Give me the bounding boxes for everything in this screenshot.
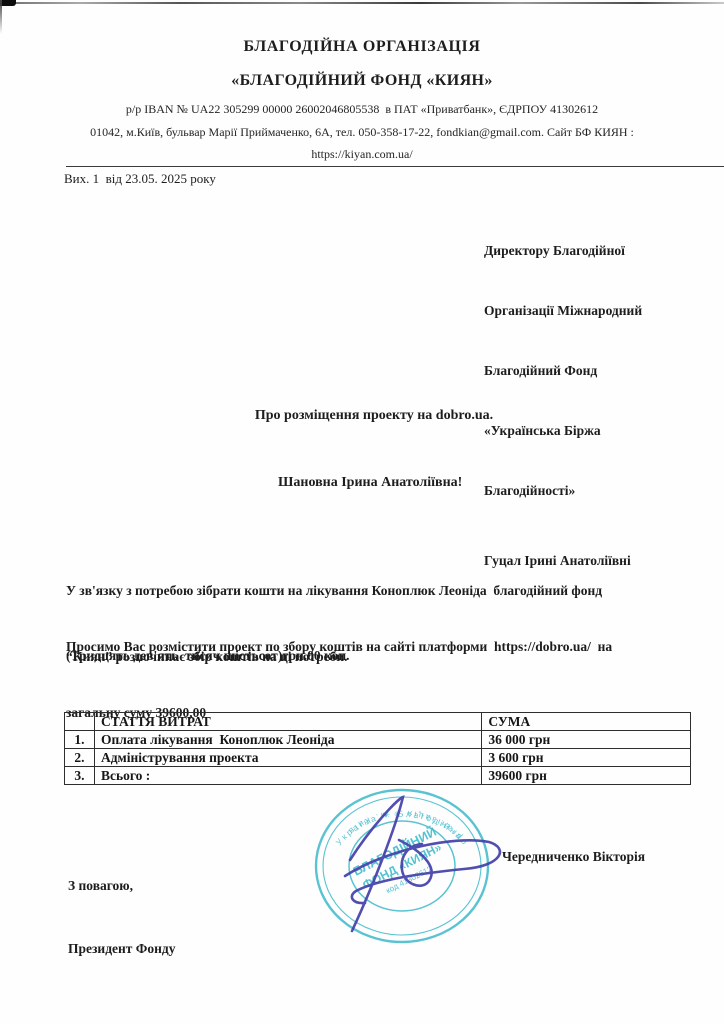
recipient-line: Благодійний Фонд: [484, 361, 700, 381]
table-header-sum: СУМА: [482, 713, 691, 731]
scan-artifact-top-line: [0, 2, 724, 4]
scan-artifact-corner: [0, 0, 16, 6]
salutation: Шановна Ірина Анатоліївна!: [278, 475, 462, 491]
table-header-item: СТАТТЯ ВИТРАТ: [94, 713, 481, 731]
closing-block: З повагою, Президент Фонду: [68, 833, 176, 1001]
recipient-line: Директору Благодійної: [484, 241, 700, 261]
org-name-title: «БЛАГОДІЙНИЙ ФОНД «КИЯН»: [0, 72, 724, 90]
recipient-line: Організації Міжнародний: [484, 301, 700, 321]
organization-stamp: Україна ✳ Благодійна організація ✳ м. Ки…: [303, 780, 515, 952]
address-line: 01042, м.Київ, бульвар Марії Приймаченко…: [0, 125, 724, 140]
expenses-table: СТАТТЯ ВИТРАТ СУМА 1. Оплата лікування К…: [64, 712, 691, 785]
table-row: 2. Адміністрування проекта 3 600 грн: [65, 749, 691, 767]
scan-artifact-left-edge: [0, 0, 2, 34]
row-number: 1.: [65, 731, 95, 749]
letter-subject: Про розміщення проекту на dobro.ua.: [24, 408, 724, 424]
website-line: https://kiyan.com.ua/: [0, 147, 724, 162]
table-row: 1. Оплата лікування Коноплюк Леоніда 36 …: [65, 731, 691, 749]
table-header-row: СТАТТЯ ВИТРАТ СУМА: [65, 713, 691, 731]
closing-phrase: З повагою,: [68, 875, 176, 896]
row-sum: 36 000 грн: [482, 731, 691, 749]
row-item: Адміністрування проекта: [94, 749, 481, 767]
row-sum: 3 600 грн: [482, 749, 691, 767]
recipient-line: Благодійності»: [484, 481, 700, 501]
bank-details-line: р/р IBAN № UA22 305299 00000 26002046805…: [0, 102, 724, 117]
recipient-line: «Українська Біржа: [484, 421, 700, 441]
signer-name: Чередниченко Вікторія: [502, 849, 645, 865]
body-paragraph-3: (Тридцять дев'ять тисяч шістьсот)грн.00 …: [66, 645, 682, 667]
row-item: Оплата лікування Коноплюк Леоніда: [94, 731, 481, 749]
scanned-letter-page: БЛАГОДІЙНА ОРГАНІЗАЦІЯ «БЛАГОДІЙНИЙ ФОНД…: [0, 0, 724, 1024]
stamp-and-signature-graphic: Україна ✳ Благодійна організація ✳ м. Ки…: [303, 780, 515, 952]
row-number: 3.: [65, 767, 95, 785]
outgoing-reference: Вих. 1 від 23.05. 2025 року: [64, 171, 216, 187]
signer-title: Президент Фонду: [68, 938, 176, 959]
row-number: 2.: [65, 749, 95, 767]
letterhead-divider: [66, 166, 724, 167]
org-type-title: БЛАГОДІЙНА ОРГАНІЗАЦІЯ: [0, 38, 724, 56]
table-header-num: [65, 713, 95, 731]
